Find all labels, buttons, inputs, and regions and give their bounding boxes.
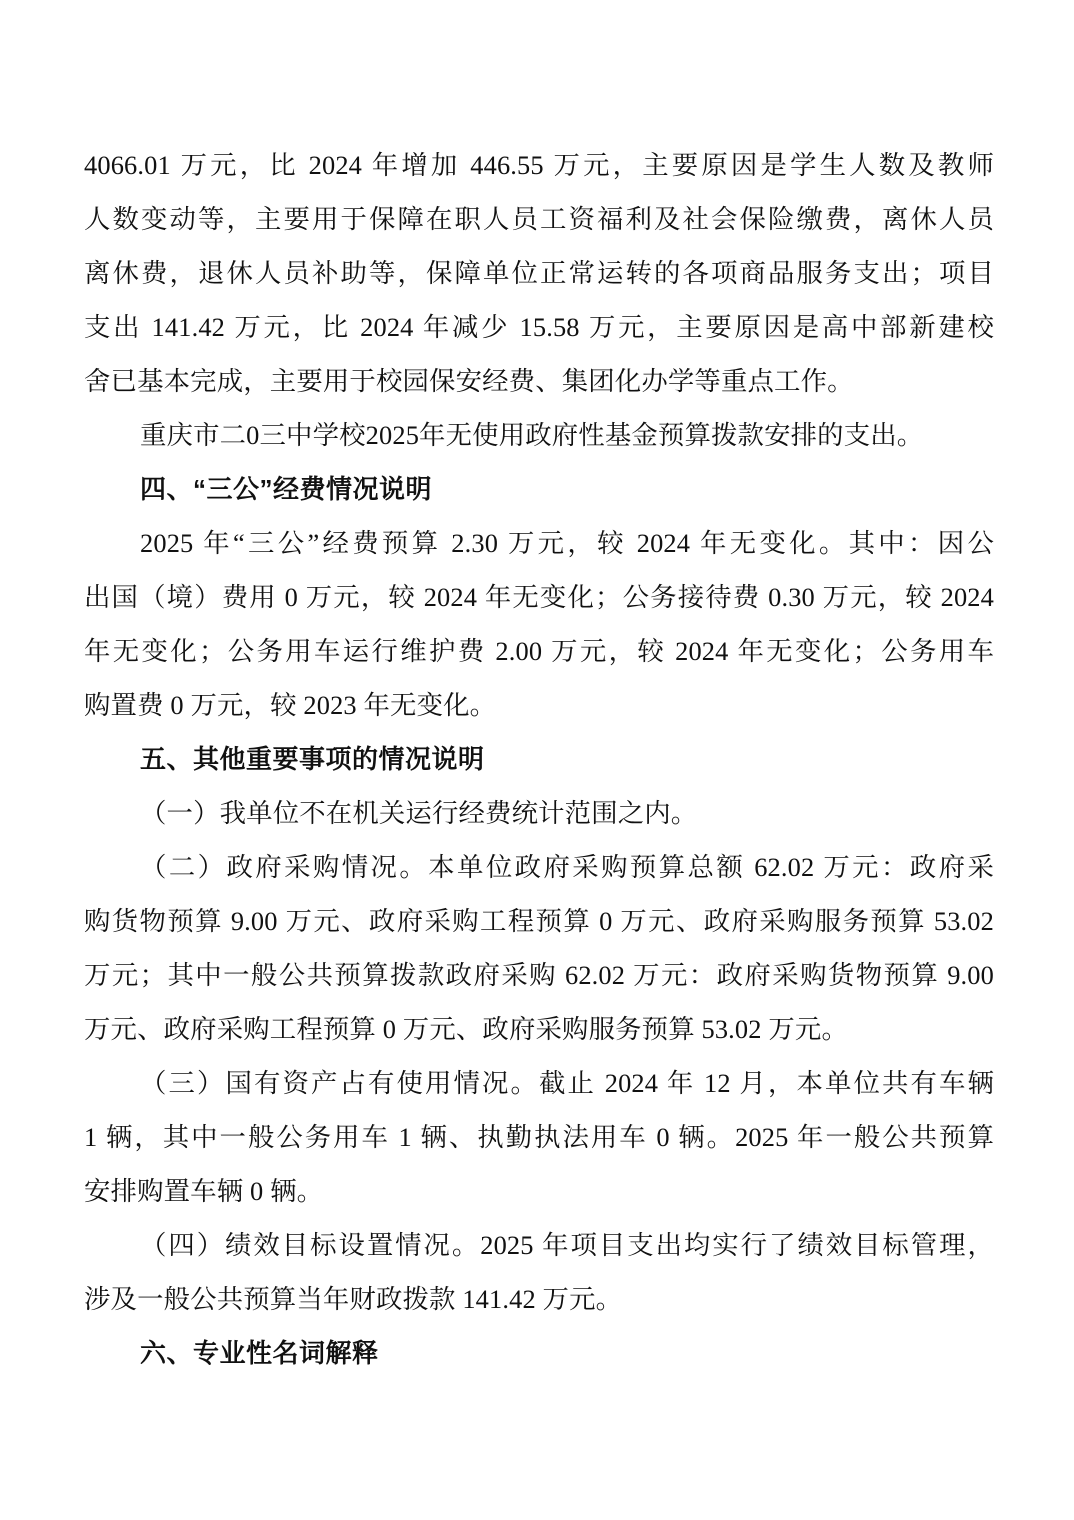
text-line: 万元、政府采购工程预算 0 万元、政府采购服务预算 53.02 万元。 [84,1002,994,1056]
item-operating-expenses: （一）我单位不在机关运行经费统计范围之内。 [84,786,994,840]
text-line: 4066.01 万元，比 2024 年增加 446.55 万元，主要原因是学生人… [84,138,994,192]
text-line: （三）国有资产占有使用情况。截止 2024 年 12 月，本单位共有车辆 [84,1056,994,1110]
text-line: 人数变动等，主要用于保障在职人员工资福利及社会保险缴费，离休人员 [84,192,994,246]
item-state-assets: （三）国有资产占有使用情况。截止 2024 年 12 月，本单位共有车辆 1 辆… [84,1056,994,1218]
continuation-paragraph: 4066.01 万元，比 2024 年增加 446.55 万元，主要原因是学生人… [84,138,994,408]
item-government-procurement: （二）政府采购情况。本单位政府采购预算总额 62.02 万元：政府采 购货物预算… [84,840,994,1056]
text-line: （二）政府采购情况。本单位政府采购预算总额 62.02 万元：政府采 [84,840,994,894]
section-heading: 四、“三公”经费情况说明 [84,462,994,516]
section-other-important-matters: 五、其他重要事项的情况说明 （一）我单位不在机关运行经费统计范围之内。 （二）政… [84,732,994,1326]
text-line: 2025 年“三公”经费预算 2.30 万元，较 2024 年无变化。其中：因公 [84,516,994,570]
document-page: 4066.01 万元，比 2024 年增加 446.55 万元，主要原因是学生人… [84,138,994,1380]
text-line: （四）绩效目标设置情况。2025 年项目支出均实行了绩效目标管理， [84,1218,994,1272]
government-fund-paragraph: 重庆市二0三中学校2025年无使用政府性基金预算拨款安排的支出。 [84,408,994,462]
text-line: 舍已基本完成，主要用于校园保安经费、集团化办学等重点工作。 [84,354,994,408]
text-line: 涉及一般公共预算当年财政拨款 141.42 万元。 [84,1272,994,1326]
text-line: 1 辆，其中一般公务用车 1 辆、执勤执法用车 0 辆。2025 年一般公共预算 [84,1110,994,1164]
section-heading: 六、专业性名词解释 [84,1326,994,1380]
text-line: （一）我单位不在机关运行经费统计范围之内。 [84,786,994,840]
text-line: 支出 141.42 万元，比 2024 年减少 15.58 万元，主要原因是高中… [84,300,994,354]
section-terminology: 六、专业性名词解释 [84,1326,994,1380]
text-line: 购货物预算 9.00 万元、政府采购工程预算 0 万元、政府采购服务预算 53.… [84,894,994,948]
text-line: 万元；其中一般公共预算拨款政府采购 62.02 万元：政府采购货物预算 9.00 [84,948,994,1002]
item-performance-targets: （四）绩效目标设置情况。2025 年项目支出均实行了绩效目标管理， 涉及一般公共… [84,1218,994,1326]
section-heading: 五、其他重要事项的情况说明 [84,732,994,786]
text-line: 离休费，退休人员补助等，保障单位正常运转的各项商品服务支出；项目 [84,246,994,300]
text-line: 出国（境）费用 0 万元，较 2024 年无变化；公务接待费 0.30 万元，较… [84,570,994,624]
text-line: 购置费 0 万元，较 2023 年无变化。 [84,678,994,732]
text-line: 安排购置车辆 0 辆。 [84,1164,994,1218]
section-three-public-expenses: 四、“三公”经费情况说明 2025 年“三公”经费预算 2.30 万元，较 20… [84,462,994,732]
text-line: 年无变化；公务用车运行维护费 2.00 万元，较 2024 年无变化；公务用车 [84,624,994,678]
text-line: 重庆市二0三中学校2025年无使用政府性基金预算拨款安排的支出。 [84,408,994,462]
